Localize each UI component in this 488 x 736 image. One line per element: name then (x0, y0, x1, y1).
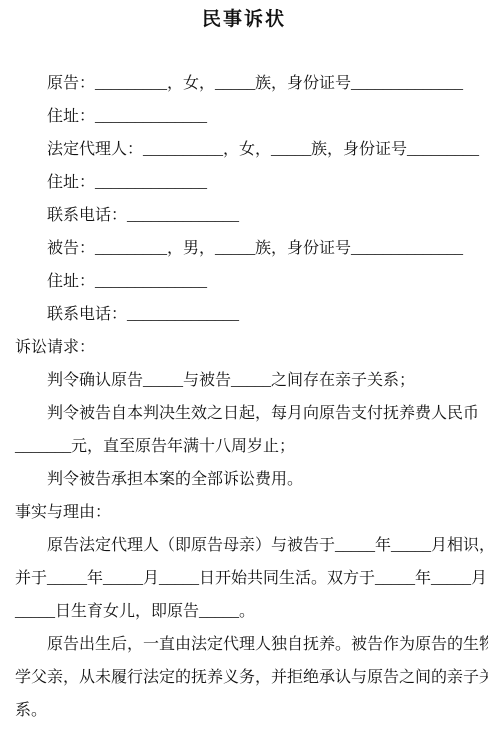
facts-line-1: 原告法定代理人（即原告母亲）与被告于_____年_____月相识， (15, 529, 478, 562)
claims-line-3: _______元，直至原告年满十八周岁止； (15, 430, 478, 463)
claims-line-2: 判令被告自本判决生效之日起，每月向原告支付抚养费人民币 (15, 397, 478, 430)
claims-heading: 诉讼请求： (15, 331, 478, 364)
claims-line-4: 判令被告承担本案的全部诉讼费用。 (15, 463, 478, 496)
legal-representative-address-line: 住址：______________ (15, 166, 478, 199)
document-title: 民事诉状 (0, 0, 488, 32)
document-body: 原告：_________，女，_____族，身份证号______________… (0, 67, 488, 727)
legal-representative-line: 法定代理人：__________，女，_____族，身份证号_________ (15, 133, 478, 166)
claims-line-1: 判令确认原告_____与被告_____之间存在亲子关系； (15, 364, 478, 397)
facts-line-5: 学父亲，从未履行法定的抚养义务，并拒绝承认与原告之间的亲子关 (15, 661, 478, 694)
defendant-phone-line: 联系电话：______________ (15, 298, 478, 331)
facts-heading: 事实与理由： (15, 496, 478, 529)
legal-representative-phone-line: 联系电话：______________ (15, 199, 478, 232)
plaintiff-line: 原告：_________，女，_____族，身份证号______________ (15, 67, 478, 100)
document-page: 民事诉状 原告：_________，女，_____族，身份证号_________… (0, 0, 488, 736)
defendant-address-line: 住址：______________ (15, 265, 478, 298)
facts-line-3: _____日生育女儿，即原告_____。 (15, 595, 478, 628)
facts-line-4: 原告出生后，一直由法定代理人独自抚养。被告作为原告的生物 (15, 628, 478, 661)
defendant-line: 被告：_________，男，_____族，身份证号______________ (15, 232, 478, 265)
facts-line-6: 系。 (15, 694, 478, 727)
plaintiff-address-line: 住址：______________ (15, 100, 478, 133)
facts-line-2: 并于_____年_____月_____日开始共同生活。双方于_____年____… (15, 562, 478, 595)
